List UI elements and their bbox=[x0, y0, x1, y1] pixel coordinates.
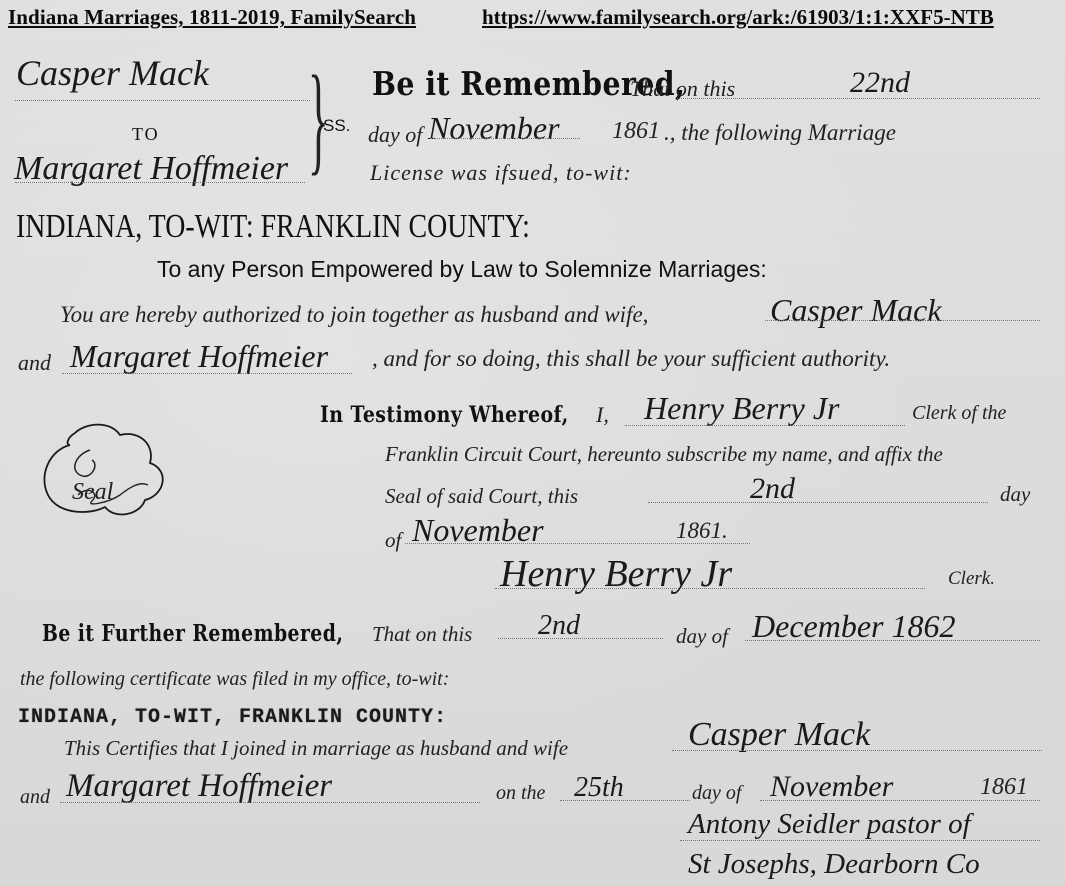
license-issued-text: License was ifsued, to-wit: bbox=[370, 160, 632, 186]
authorization-and-text: and bbox=[18, 350, 51, 376]
bride-name-line bbox=[15, 182, 305, 183]
record-url-link[interactable]: https://www.familysearch.org/ark:/61903/… bbox=[482, 5, 994, 30]
marriage-record-page: Indiana Marriages, 1811-2019, FamilySear… bbox=[0, 0, 1065, 886]
authorized-groom-value: Casper Mack bbox=[770, 292, 942, 329]
groom-name-handwritten: Casper Mack bbox=[16, 52, 209, 94]
authorized-groom-line bbox=[765, 320, 1040, 321]
court-seal-icon: Seal bbox=[30, 415, 170, 525]
certificate-month-value: November bbox=[770, 770, 893, 804]
record-citation: Indiana Marriages, 1811-2019, FamilySear… bbox=[8, 5, 416, 30]
license-month-value: November bbox=[428, 110, 560, 147]
certificate-jurisdiction-title: INDIANA, TO-WIT, FRANKLIN COUNTY: bbox=[18, 706, 447, 729]
further-day-value: 2nd bbox=[538, 610, 580, 642]
officiant-line2: St Josephs, Dearborn Co bbox=[688, 848, 980, 881]
certificate-day-line bbox=[560, 800, 690, 801]
testimony-i-text: I, bbox=[596, 402, 609, 428]
license-year-value: 1861 bbox=[612, 118, 660, 145]
clerk-signature-line bbox=[495, 588, 925, 589]
day-text: day bbox=[1000, 482, 1030, 507]
certificate-bride-line bbox=[60, 802, 480, 803]
clerk-name-value: Henry Berry Jr bbox=[644, 390, 839, 427]
certificate-groom-line bbox=[672, 750, 1042, 751]
of-text: of bbox=[385, 528, 401, 553]
testimony-line3-text: Seal of said Court, this bbox=[385, 484, 578, 509]
testimony-line2-text: Franklin Circuit Court, hereunto subscri… bbox=[385, 442, 943, 467]
further-that-on-this-text: That on this bbox=[372, 622, 472, 647]
clerk-label: Clerk. bbox=[948, 568, 995, 590]
seal-day-line bbox=[648, 502, 988, 503]
certificate-bride-value: Margaret Hoffmeier bbox=[66, 768, 332, 805]
jurisdiction-title: INDIANA, TO-WIT: FRANKLIN COUNTY: bbox=[16, 208, 530, 246]
further-day-of-text: day of bbox=[676, 624, 728, 649]
officiant-line1: Antony Seidler pastor of bbox=[688, 808, 971, 841]
to-connector: TO bbox=[132, 124, 160, 145]
certificate-year-value: 1861 bbox=[980, 774, 1028, 801]
certificate-groom-value: Casper Mack bbox=[688, 716, 870, 754]
clerk-of-the-text: Clerk of the bbox=[912, 402, 1006, 425]
testimony-heading: In Testimony Whereof, bbox=[320, 402, 569, 428]
certifies-text: This Certifies that I joined in marriage… bbox=[64, 736, 568, 761]
further-month-line bbox=[745, 640, 1040, 641]
clerk-signature: Henry Berry Jr bbox=[500, 552, 732, 596]
further-line2-text: the following certificate was filed in m… bbox=[20, 668, 449, 691]
day-of-text: day of bbox=[368, 122, 422, 148]
further-day-line bbox=[498, 638, 663, 639]
certificate-day-of-text: day of bbox=[692, 782, 741, 805]
further-remembered-heading: Be it Further Remembered, bbox=[42, 620, 343, 647]
certificate-and-text: and bbox=[20, 786, 50, 809]
license-month-line bbox=[430, 138, 580, 139]
on-the-text: on the bbox=[496, 782, 545, 805]
svg-text:Seal: Seal bbox=[72, 479, 114, 505]
groom-name-line bbox=[15, 100, 310, 101]
ss-label: SS. bbox=[323, 116, 350, 136]
license-day-value: 22nd bbox=[850, 66, 910, 100]
seal-year-value: 1861. bbox=[676, 518, 728, 544]
authorized-bride-line bbox=[62, 373, 352, 374]
empowered-address: To any Person Empowered by Law to Solemn… bbox=[157, 256, 767, 283]
authorization-line1-text: You are hereby authorized to join togeth… bbox=[60, 302, 648, 328]
authorized-bride-value: Margaret Hoffmeier bbox=[70, 338, 328, 375]
officiant-line bbox=[680, 840, 1040, 841]
following-marriage-text: ., the following Marriage bbox=[664, 120, 896, 146]
seal-day-value: 2nd bbox=[750, 472, 795, 506]
clerk-name-line bbox=[625, 425, 905, 426]
authorization-line2-text: , and for so doing, this shall be your s… bbox=[372, 346, 890, 372]
